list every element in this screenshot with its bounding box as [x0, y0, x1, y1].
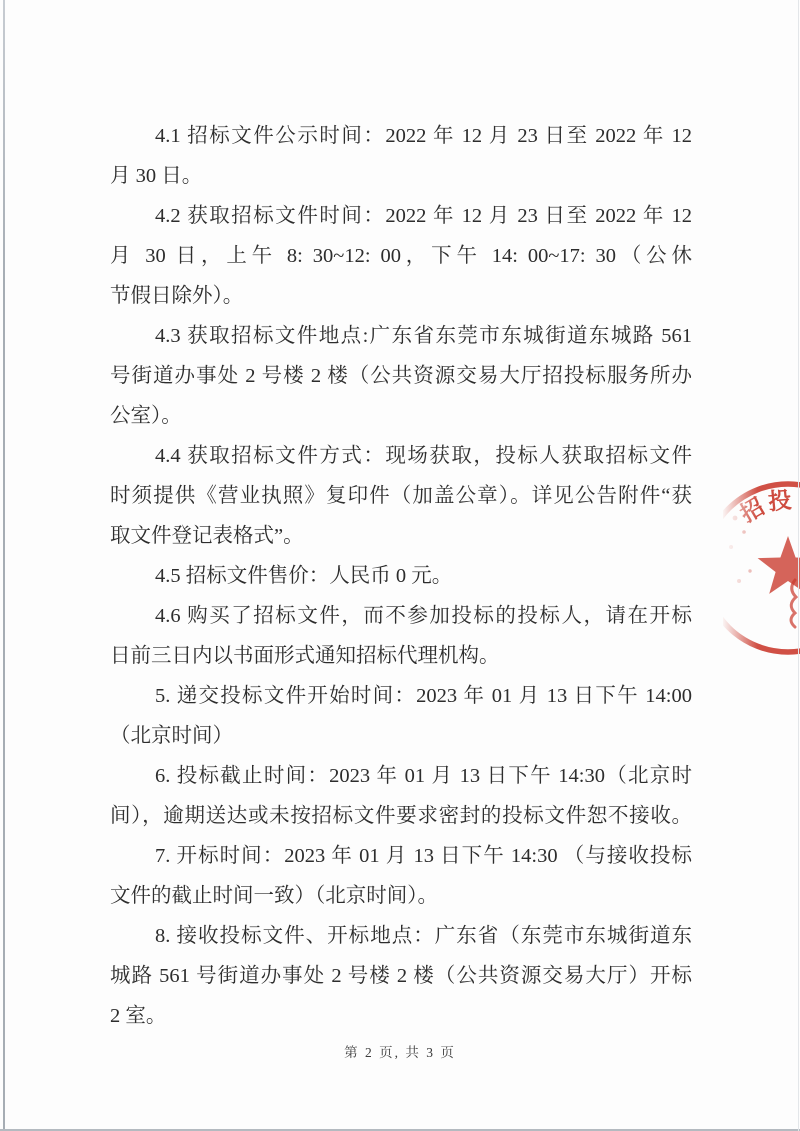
seal-inner-strokes: [791, 580, 796, 627]
doc-line: 5. 递交投标文件开始时间：2023 年 01 月 13 日下午 14:00: [110, 676, 692, 716]
page-number-footer: 第 2 页, 共 3 页: [0, 1041, 800, 1061]
doc-line: 时须提供《营业执照》复印件（加盖公章）。详见公告附件“获: [110, 476, 692, 516]
doc-line: 2 室。: [110, 996, 692, 1036]
doc-line: 4.4 获取招标文件方式：现场获取，投标人获取招标文件: [110, 436, 692, 476]
doc-line: 4.5 招标文件售价：人民币 0 元。: [110, 556, 692, 596]
doc-line: 4.6 购买了招标文件，而不参加投标的投标人，请在开标: [110, 596, 692, 636]
scan-edge-left: [3, 0, 5, 1131]
doc-line: 8. 接收投标文件、开标地点：广东省（东莞市东城街道东: [110, 916, 692, 956]
doc-line: 城路 561 号街道办事处 2 号楼 2 楼（公共资源交易大厅）开标: [110, 956, 692, 996]
doc-line: 6. 投标截止时间：2023 年 01 月 13 日下午 14:30（北京时: [110, 756, 692, 796]
doc-line: 取文件登记表格式”。: [110, 516, 692, 556]
doc-line: 4.3 获取招标文件地点:广东省东莞市东城街道东城路 561: [110, 316, 692, 356]
doc-line: 月 30 日。: [110, 156, 692, 196]
document-body: 4.1 招标文件公示时间：2022 年 12 月 23 日至 2022 年 12…: [110, 116, 692, 1036]
doc-line: 号街道办事处 2 号楼 2 楼（公共资源交易大厅招投标服务所办: [110, 356, 692, 396]
doc-line: 日前三日内以书面形式通知招标代理机构。: [110, 636, 692, 676]
doc-line: 文件的截止时间一致）（北京时间）。: [110, 876, 692, 916]
doc-line: 间），逾期送达或未按招标文件要求密封的投标文件恕不接收。: [110, 796, 692, 836]
doc-line: 月 30 日，上午 8: 30~12: 00，下午 14: 00~17: 30（…: [110, 236, 692, 276]
doc-line: 7. 开标时间：2023 年 01 月 13 日下午 14:30 （与接收投标: [110, 836, 692, 876]
doc-line: 4.1 招标文件公示时间：2022 年 12 月 23 日至 2022 年 12: [110, 116, 692, 156]
doc-line: （北京时间）: [110, 716, 692, 756]
official-seal-stamp: 招投标: [723, 480, 800, 662]
doc-line: 4.2 获取招标文件时间：2022 年 12 月 23 日至 2022 年 12: [110, 196, 692, 236]
document-page: 4.1 招标文件公示时间：2022 年 12 月 23 日至 2022 年 12…: [0, 0, 800, 1131]
doc-line: 公室）。: [110, 396, 692, 436]
doc-line: 节假日除外）。: [110, 276, 692, 316]
scan-edge-right: [798, 0, 799, 1131]
